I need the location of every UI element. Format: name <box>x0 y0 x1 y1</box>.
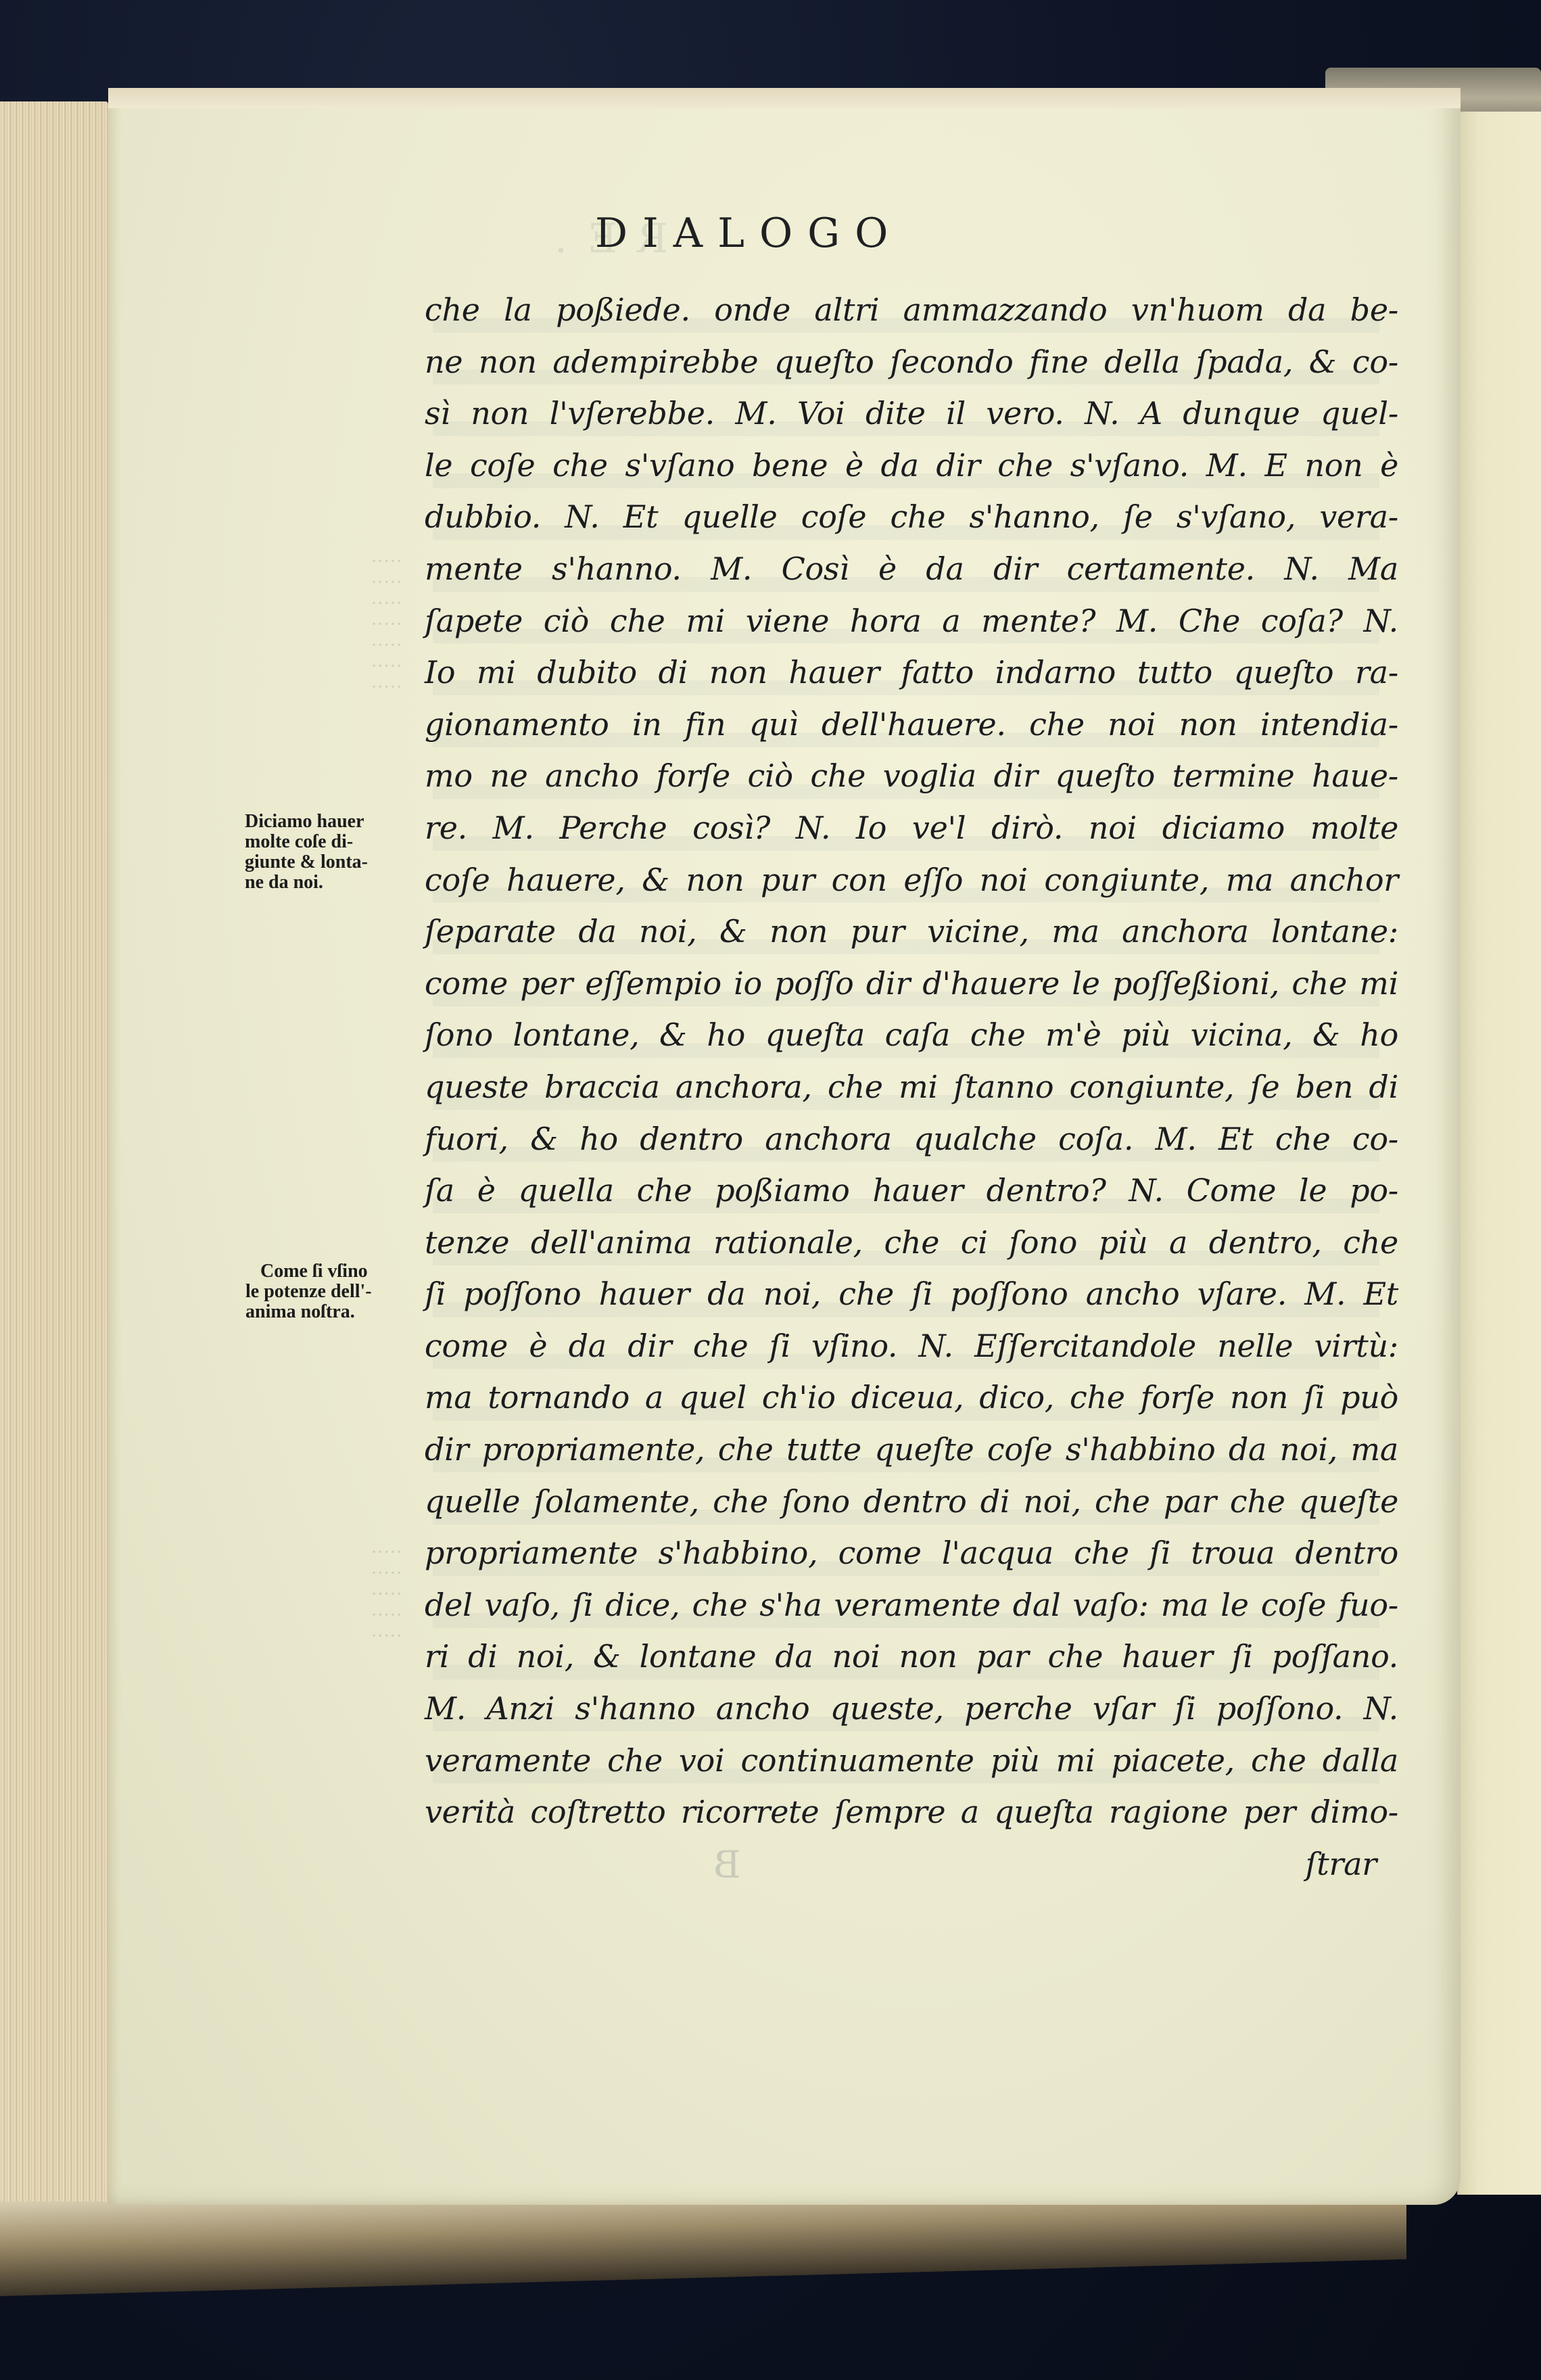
text-line: sì non l'vſerebbe. M. Voi dite il vero. … <box>425 388 1398 440</box>
text-line: ſapete ciò che mi viene hora a mente? M.… <box>425 595 1398 647</box>
text-line: fuori, & ho dentro anchora qualche coſa.… <box>425 1113 1398 1165</box>
text-line: propriamente s'habbino, come l'acqua che… <box>425 1527 1398 1579</box>
text-line: ne non adempirebbe queſto ſecondo fine d… <box>425 336 1398 388</box>
text-line: ma tornando a quel ch'io diceua, dico, c… <box>425 1372 1398 1424</box>
margin-note-line: molte coſe di- <box>245 832 400 852</box>
text-line: tenze dell'anima rationale, che ci ſono … <box>425 1217 1398 1269</box>
text-line: dir propriamente, che tutte queſte coſe … <box>425 1424 1398 1476</box>
margin-note-come-si-vsino: Come ſi vſino le potenze dell'- anima no… <box>260 1261 416 1322</box>
margin-note-line: ne da noi. <box>245 872 400 893</box>
margin-note-line: anima noſtra. <box>245 1302 416 1322</box>
text-line: coſe hauere, & non pur con eſſo noi cong… <box>425 854 1398 906</box>
show-through-margin-note: ························· <box>247 1542 402 1647</box>
text-line: come è da dir che ſi vſino. N. Eſſercita… <box>425 1320 1398 1372</box>
text-line: ſono lontane, & ho queſta caſa che m'è p… <box>425 1009 1398 1061</box>
body-text: che la poßiede. onde altri ammazzando vn… <box>425 284 1398 1890</box>
text-line: quelle ſolamente, che ſono dentro di noi… <box>425 1476 1398 1528</box>
text-line: come per eſſempio io poſſo dir d'hauere … <box>425 958 1398 1010</box>
text-line: dubbio. N. Et quelle coſe che s'hanno, ſ… <box>425 491 1398 543</box>
text-line: verità coſtretto ricorrete ſempre a queſ… <box>425 1786 1398 1838</box>
margin-note-line: giunte & lonta- <box>245 852 400 872</box>
text-line: ſa è quella che poßiamo hauer dentro? N.… <box>425 1165 1398 1217</box>
running-head: DIALOGO <box>595 210 903 257</box>
text-line: del vaſo, ſi dice, che s'ha veramente da… <box>425 1579 1398 1631</box>
text-line: mo ne ancho forſe ciò che voglia dir que… <box>425 750 1398 802</box>
facing-page-edge <box>1457 112 1541 2195</box>
text-line: queste braccia anchora, che mi ſtanno co… <box>425 1061 1398 1113</box>
text-line: mente s'hanno. M. Così è da dir certamen… <box>425 543 1398 595</box>
text-line: che la poßiede. onde altri ammazzando vn… <box>425 284 1398 336</box>
text-line: gionamento in fin quì dell'hauere. che n… <box>425 699 1398 751</box>
show-through-margin-note: ··································· <box>247 551 402 698</box>
text-line: re. M. Perche così? N. Io ve'l dirò. noi… <box>425 802 1398 854</box>
margin-note-line: le potenze dell'- <box>245 1282 416 1302</box>
page-top-edge <box>108 88 1461 108</box>
text-line: M. Anzi s'hanno ancho queste, perche vſa… <box>425 1683 1398 1735</box>
text-line: ſeparate da noi, & non pur vicine, ma an… <box>425 906 1398 958</box>
margin-note-line: Come ſi vſino <box>260 1261 416 1282</box>
margin-note-line: Diciamo hauer <box>245 812 400 832</box>
text-line: veramente che voi continuamente più mi p… <box>425 1735 1398 1787</box>
text-line: ri di noi, & lontane da noi non par che … <box>425 1631 1398 1683</box>
margin-note-diciamo: Diciamo hauer molte coſe di- giunte & lo… <box>245 812 400 893</box>
catchword: ſtrar <box>425 1838 1398 1890</box>
text-line: Io mi dubito di non hauer fatto indarno … <box>425 647 1398 699</box>
page-stack-fore-edge <box>0 101 108 2201</box>
text-line: le coſe che s'vſano bene è da dir che s'… <box>425 440 1398 492</box>
text-line: ſi poſſono hauer da noi, che ſi poſſono … <box>425 1268 1398 1320</box>
